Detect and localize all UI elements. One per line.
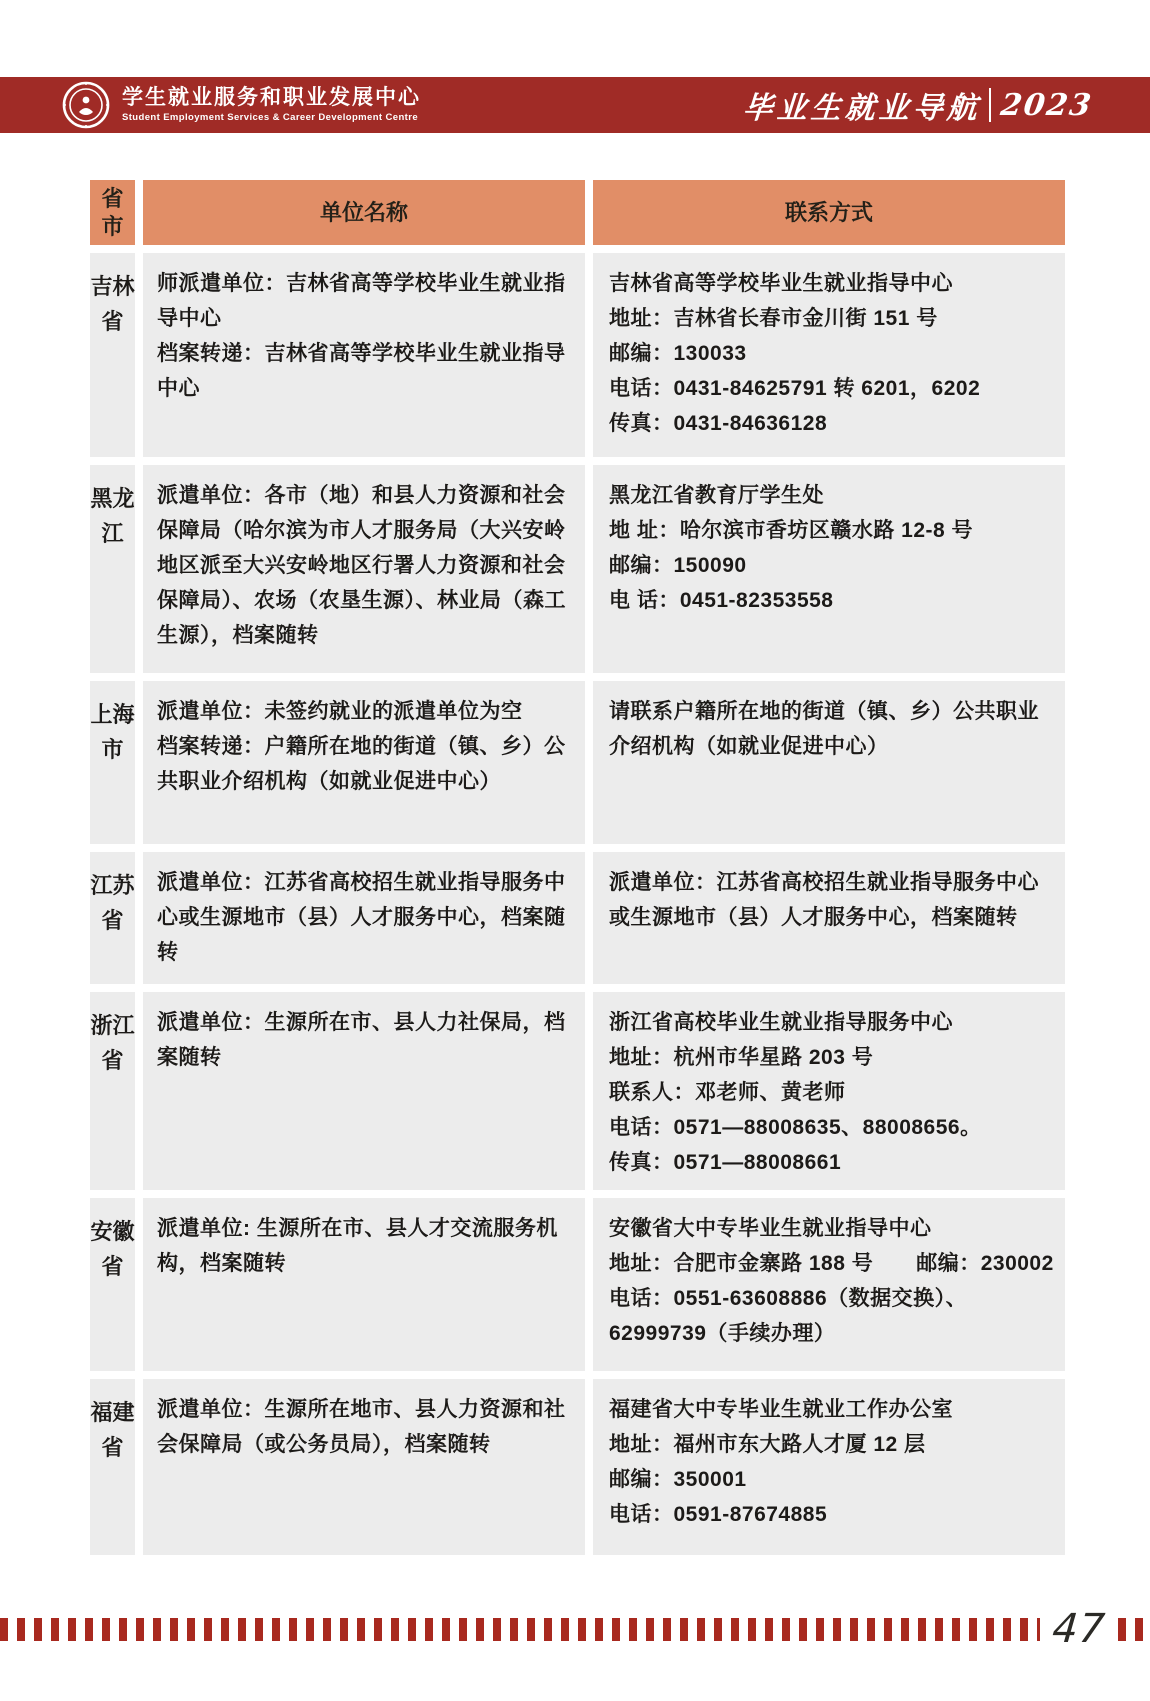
footer-dashed-rule-right (1118, 1618, 1150, 1641)
center-brand: 学生就业服务和职业发展中心 Student Employment Service… (122, 86, 421, 124)
contact-cell: 浙江省高校毕业生就业指导服务中心 地址：杭州市华星路 203 号 联系人：邓老师… (593, 992, 1065, 1190)
header-banner: 学生就业服务和职业发展中心 Student Employment Service… (0, 77, 1150, 133)
document-page: 学生就业服务和职业发展中心 Student Employment Service… (0, 0, 1150, 1701)
contact-cell: 安徽省大中专毕业生就业指导中心 地址：合肥市金寨路 188 号 邮编：23000… (593, 1198, 1065, 1371)
unit-cell: 派遣单位：江苏省高校招生就业指导服务中心或生源地市（县）人才服务中心，档案随转 (143, 852, 585, 984)
province-contact-table: 省 市 单位名称 联系方式 吉林省 师派遣单位：吉林省高等学校毕业生就业指导中心… (90, 180, 1065, 1555)
unit-cell: 派遣单位: 生源所在市、县人才交流服务机构，档案随转 (143, 1198, 585, 1371)
unit-cell: 师派遣单位：吉林省高等学校毕业生就业指导中心 档案转递：吉林省高等学校毕业生就业… (143, 253, 585, 457)
contact-cell: 黑龙江省教育厅学生处 地 址：哈尔滨市香坊区赣水路 12-8 号 邮编：1500… (593, 465, 1065, 673)
column-header-contact: 联系方式 (593, 180, 1065, 245)
unit-cell: 派遣单位：各市（地）和县人力资源和社会保障局（哈尔滨为市人才服务局（大兴安岭地区… (143, 465, 585, 673)
title-divider (989, 88, 991, 122)
university-seal-icon (62, 81, 110, 129)
publication-title-text: 毕业生就业导航 (741, 83, 982, 127)
contact-cell: 派遣单位：江苏省高校招生就业指导服务中心或生源地市（县）人才服务中心，档案随转 (593, 852, 1065, 984)
contact-cell: 福建省大中专毕业生就业工作办公室 地址：福州市东大路人才厦 12 层 邮编：35… (593, 1379, 1065, 1555)
footer-dashed-rule-left (0, 1618, 1040, 1641)
unit-cell: 派遣单位：未签约就业的派遣单位为空 档案转递：户籍所在地的街道（镇、乡）公共职业… (143, 681, 585, 844)
unit-cell: 派遣单位：生源所在市、县人力社保局，档案随转 (143, 992, 585, 1190)
unit-cell: 派遣单位：生源所在地市、县人力资源和社会保障局（或公务员局），档案随转 (143, 1379, 585, 1555)
publication-year: 2023 (998, 88, 1094, 123)
province-cell: 上海市 (90, 681, 135, 844)
province-cell: 吉林省 (90, 253, 135, 457)
province-cell: 江苏省 (90, 852, 135, 984)
column-header-unit: 单位名称 (143, 180, 585, 245)
province-cell: 福建省 (90, 1379, 135, 1555)
page-number: 47 (1038, 1606, 1120, 1652)
province-cell: 黑龙江 (90, 465, 135, 673)
province-cell: 安徽省 (90, 1198, 135, 1371)
province-cell: 浙江省 (90, 992, 135, 1190)
contact-cell: 吉林省高等学校毕业生就业指导中心 地址：吉林省长春市金川街 151 号 邮编：1… (593, 253, 1065, 457)
publication-title: 毕业生就业导航 2023 (743, 83, 1093, 127)
page-footer: 47 (0, 1606, 1150, 1652)
center-name-cn: 学生就业服务和职业发展中心 (122, 86, 421, 110)
center-name-en: Student Employment Services & Career Dev… (122, 113, 421, 124)
contact-cell: 请联系户籍所在地的街道（镇、乡）公共职业介绍机构（如就业促进中心） (593, 681, 1065, 844)
column-header-province: 省 市 (90, 180, 135, 245)
